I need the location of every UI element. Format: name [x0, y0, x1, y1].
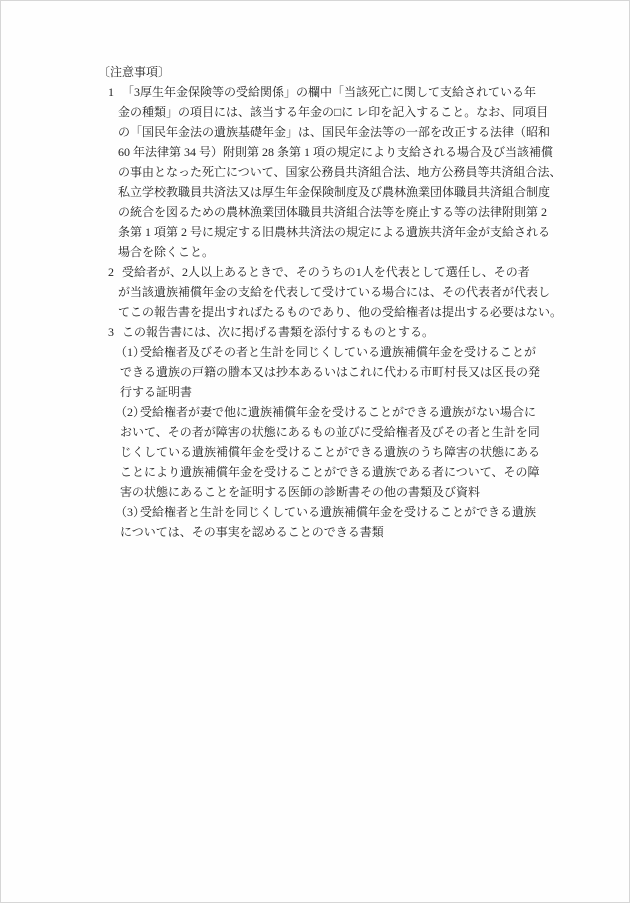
note-subitem: （3）受給権者と生計を同じくしている遺族補償年金を受けることができる遺族について…	[98, 502, 573, 542]
note-item: 2受給者が、2人以上あるときで、そのうちの1人を代表として選任し、その者が当該遺…	[98, 262, 573, 322]
note-item-first-line: 1「3厚生年金保険等の受給関係」の欄中「当該死亡に関して支給されている年	[98, 82, 573, 102]
note-line: できる遺族の戸籍の謄本又は抄本あるいはこれに代わる市町村長又は区長の発	[98, 362, 573, 382]
note-line: 条第 1 項第 2 号に規定する旧農林共済法の規定による遺族共済年金が支給される	[98, 222, 573, 242]
note-line: 行する証明書	[98, 382, 573, 402]
note-subitem: （1）受給権者及びその者と生計を同じくしている遺族補償年金を受けることができる遺…	[98, 342, 573, 402]
subitem-number: （1）	[115, 342, 140, 362]
note-line: 場合を除くこと。	[98, 242, 573, 262]
notes-list: 1「3厚生年金保険等の受給関係」の欄中「当該死亡に関して支給されている年金の種類…	[98, 82, 573, 542]
item-number: 1	[108, 82, 122, 102]
note-line-text: 「3厚生年金保険等の受給関係」の欄中「当該死亡に関して支給されている年	[122, 85, 536, 99]
note-line-text: 受給者が、2人以上あるときで、そのうちの1人を代表として選任し、その者	[122, 265, 530, 279]
note-line: の「国民年金法の遺族基礎年金」は、国民年金法等の一部を改正する法律（昭和	[98, 122, 573, 142]
note-line: おいて、その者が障害の状態にあるもの並びに受給権者及びその者と生計を同	[98, 422, 573, 442]
note-subitem-first-line: （2）受給権者が妻で他に遺族補償年金を受けることができる遺族がない場合に	[98, 402, 573, 422]
note-line: てこの報告書を提出すればたるものであり、他の受給権者は提出する必要はない。	[98, 302, 573, 322]
notes-section: 〔注意事項〕 1「3厚生年金保険等の受給関係」の欄中「当該死亡に関して支給されて…	[98, 62, 573, 542]
note-line-text: この報告書には、次に掲げる書類を添付するものとする。	[122, 325, 434, 339]
document-page: 〔注意事項〕 1「3厚生年金保険等の受給関係」の欄中「当該死亡に関して支給されて…	[0, 0, 630, 903]
section-heading: 〔注意事項〕	[98, 62, 573, 82]
note-item-first-line: 2受給者が、2人以上あるときで、そのうちの1人を代表として選任し、その者	[98, 262, 573, 282]
item-number: 2	[108, 262, 122, 282]
note-item: 3この報告書には、次に掲げる書類を添付するものとする。（1）受給権者及びその者と…	[98, 322, 573, 542]
note-line: ことにより遺族補償年金を受けることができる遺族である者について、その障	[98, 462, 573, 482]
subitem-number: （3）	[115, 502, 140, 522]
note-line: じくしている遺族補償年金を受けることができる遺族のうち障害の状態にある	[98, 442, 573, 462]
note-line: の事由となった死亡について、国家公務員共済組合法、地方公務員等共済組合法、	[98, 162, 573, 182]
item-number: 3	[108, 322, 122, 342]
note-line-text: 受給権者及びその者と生計を同じくしている遺族補償年金を受けることが	[140, 345, 536, 359]
note-item: 1「3厚生年金保険等の受給関係」の欄中「当該死亡に関して支給されている年金の種類…	[98, 82, 573, 262]
note-line-text: 受給権者と生計を同じくしている遺族補償年金を受けることができる遺族	[140, 505, 536, 519]
note-subitem-first-line: （3）受給権者と生計を同じくしている遺族補償年金を受けることができる遺族	[98, 502, 573, 522]
note-line: 60 年法律第 34 号）附則第 28 条第 1 項の規定により支給される場合及…	[98, 142, 573, 162]
note-subitem-first-line: （1）受給権者及びその者と生計を同じくしている遺族補償年金を受けることが	[98, 342, 573, 362]
note-item-first-line: 3この報告書には、次に掲げる書類を添付するものとする。	[98, 322, 573, 342]
note-line: については、その事実を認めることのできる書類	[98, 522, 573, 542]
note-line-text: 受給権者が妻で他に遺族補償年金を受けることができる遺族がない場合に	[140, 405, 536, 419]
subitem-number: （2）	[115, 402, 140, 422]
note-line: 金の種類」の項目には、該当する年金の□に レ印を記入すること。なお、同項目	[98, 102, 573, 122]
note-line: 私立学校教職員共済法又は厚生年金保険制度及び農林漁業団体職員共済組合制度	[98, 182, 573, 202]
note-line: が当該遺族補償年金の支給を代表して受けている場合には、その代表者が代表し	[98, 282, 573, 302]
note-line: の統合を図るための農林漁業団体職員共済組合法等を廃止する等の法律附則第 2	[98, 202, 573, 222]
note-subitem: （2）受給権者が妻で他に遺族補償年金を受けることができる遺族がない場合において、…	[98, 402, 573, 502]
note-line: 害の状態にあることを証明する医師の診断書その他の書類及び資料	[98, 482, 573, 502]
